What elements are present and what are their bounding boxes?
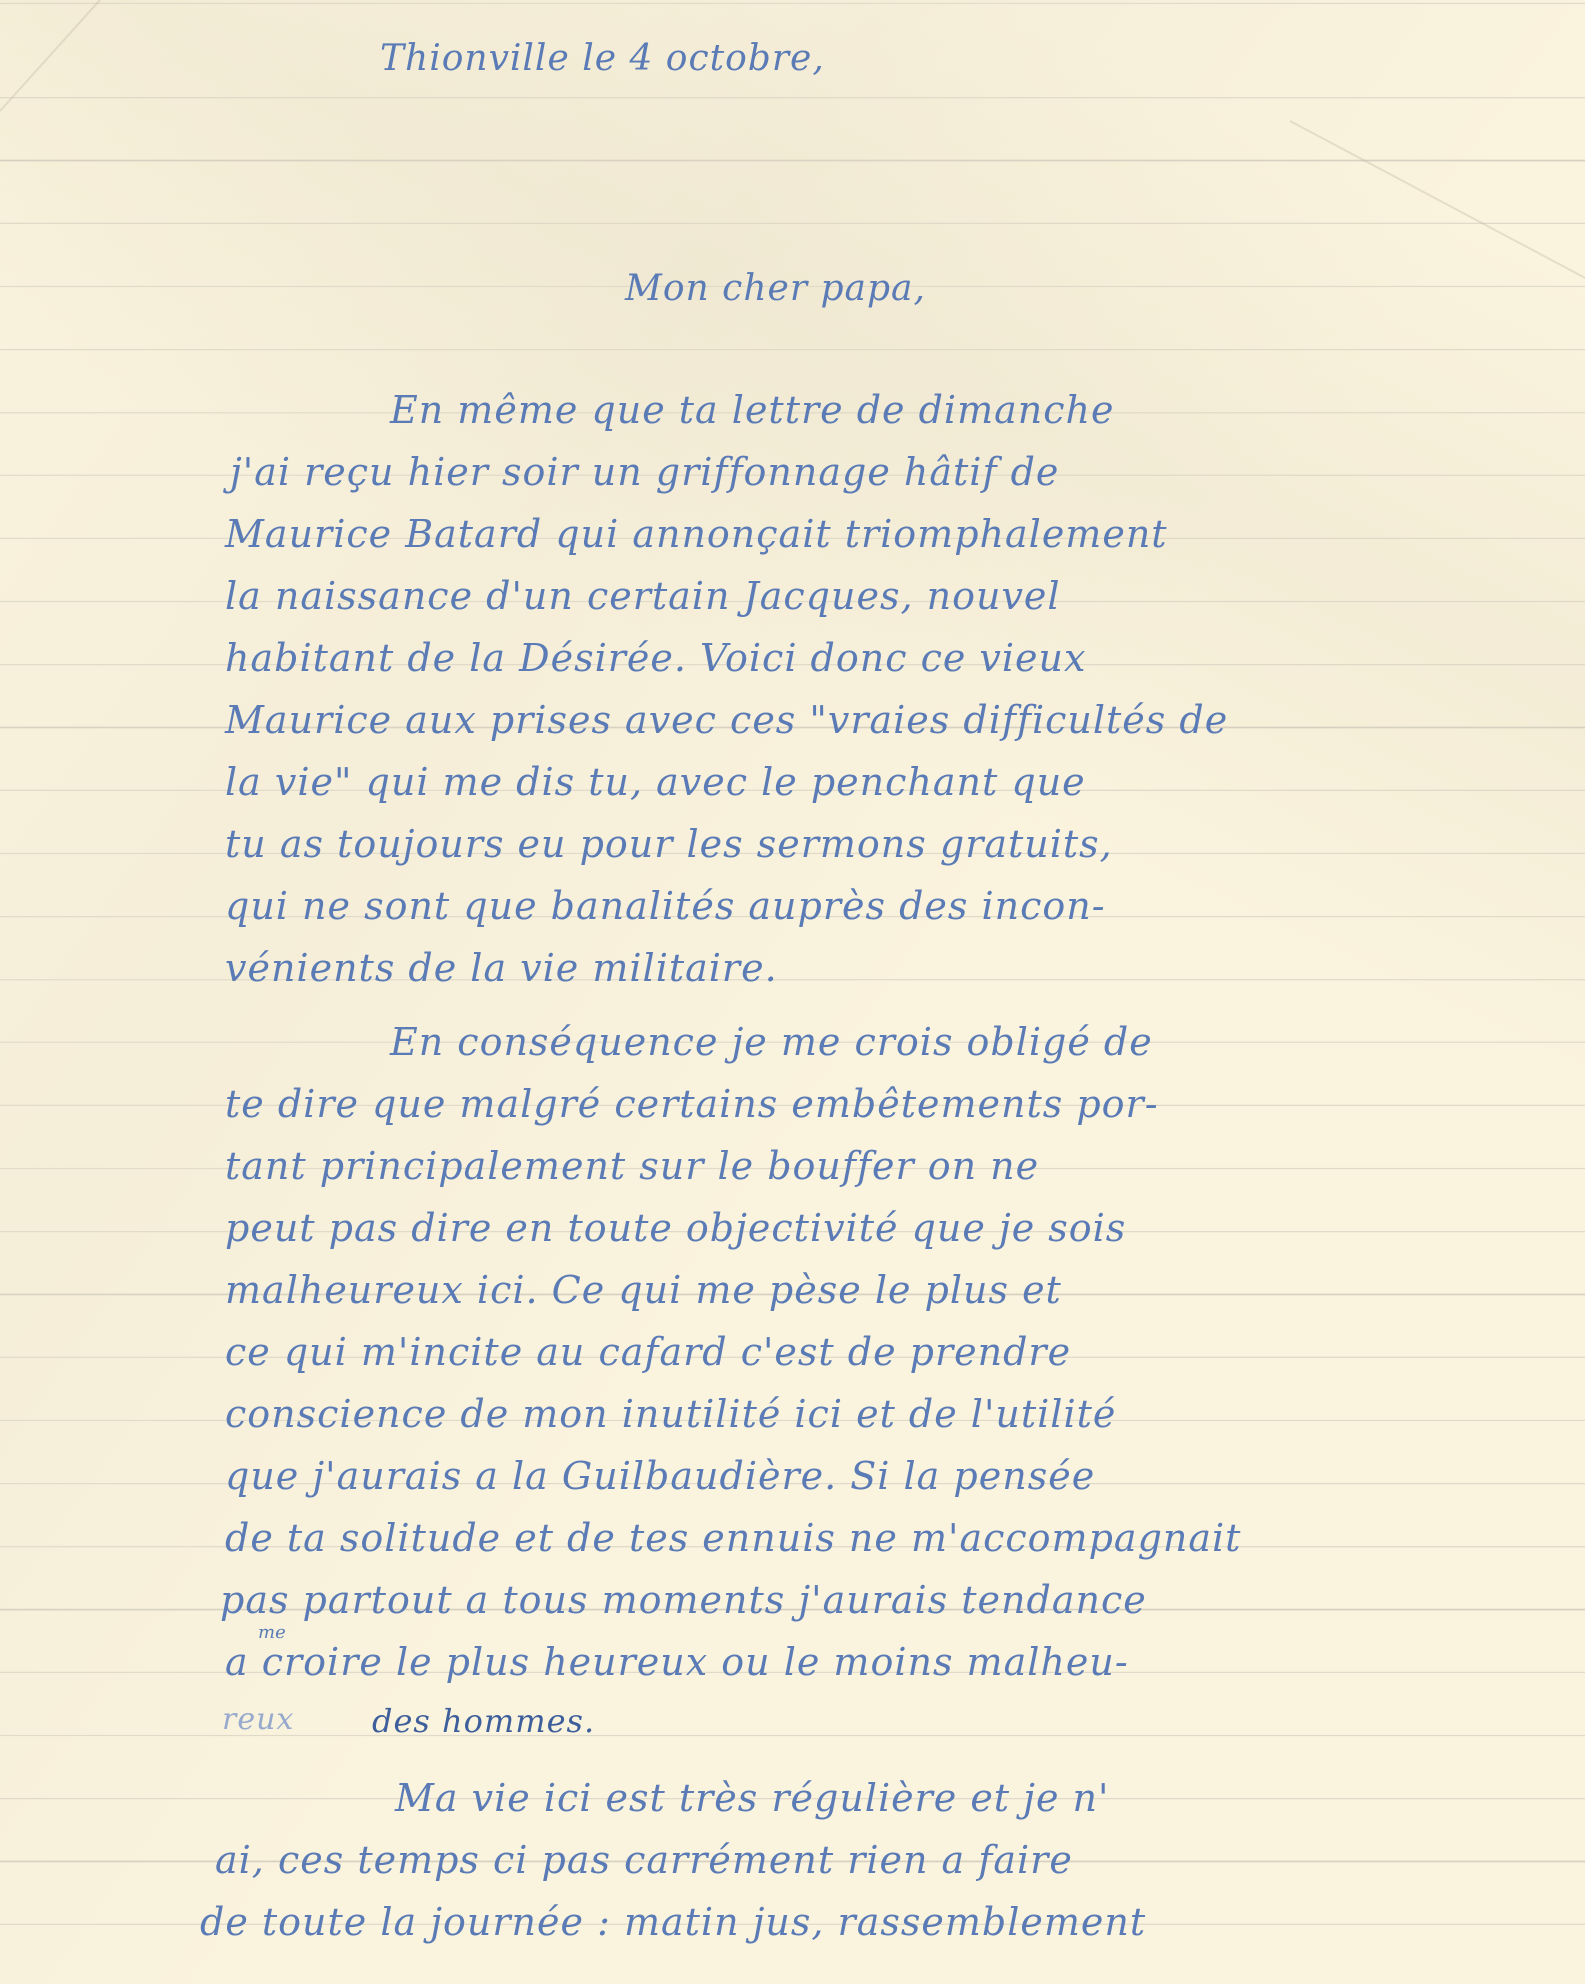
letter-line: de ta solitude et de tes ennuis ne m'acc… (225, 1516, 1241, 1560)
paper-fold (0, 0, 108, 112)
letter-line: Maurice Batard qui annonçait triomphalem… (225, 512, 1168, 556)
letter-line: des hommes. (372, 1702, 595, 1740)
salutation: Mon cher papa, (625, 268, 926, 309)
letter-line: tant principalement sur le bouffer on ne (225, 1144, 1039, 1188)
place-date: Thionville le 4 octobre, (380, 38, 825, 79)
letter-line: j'ai reçu hier soir un griffonnage hâtif… (230, 450, 1059, 494)
margin-word: reux (222, 1702, 294, 1737)
letter-line: peut pas dire en toute objectivité que j… (225, 1206, 1126, 1250)
letter-line: vénients de la vie militaire. (225, 946, 778, 990)
paper-fold (1290, 120, 1585, 291)
letter-line: ce qui m'incite au cafard c'est de prend… (225, 1330, 1071, 1374)
letter-line: de toute la journée : matin jus, rassemb… (200, 1900, 1146, 1944)
letter-line: habitant de la Désirée. Voici donc ce vi… (225, 636, 1086, 680)
letter-line: malheureux ici. Ce qui me pèse le plus e… (225, 1268, 1062, 1312)
letter-line: te dire que malgré certains embêtements … (225, 1082, 1159, 1126)
letter-line: conscience de mon inutilité ici et de l'… (225, 1392, 1116, 1436)
letter-page: Thionville le 4 octobre, Mon cher papa, … (0, 0, 1585, 1984)
letter-line: Maurice aux prises avec ces "vraies diff… (225, 698, 1228, 742)
letter-line: a croire le plus heureux ou le moins mal… (225, 1640, 1129, 1684)
letter-line: pas partout a tous moments j'aurais tend… (220, 1578, 1147, 1622)
letter-line: qui ne sont que banalités auprès des inc… (225, 884, 1106, 928)
letter-line: tu as toujours eu pour les sermons gratu… (225, 822, 1113, 866)
letter-line: que j'aurais a la Guilbaudière. Si la pe… (225, 1454, 1095, 1498)
letter-line: Ma vie ici est très régulière et je n' (395, 1776, 1109, 1820)
letter-line: ai, ces temps ci pas carrément rien a fa… (215, 1838, 1073, 1882)
letter-line: En même que ta lettre de dimanche (390, 388, 1114, 432)
letter-line: la vie" qui me dis tu, avec le penchant … (225, 760, 1086, 804)
letter-line: En conséquence je me crois obligé de (390, 1020, 1153, 1064)
letter-line: la naissance d'un certain Jacques, nouve… (225, 574, 1061, 618)
